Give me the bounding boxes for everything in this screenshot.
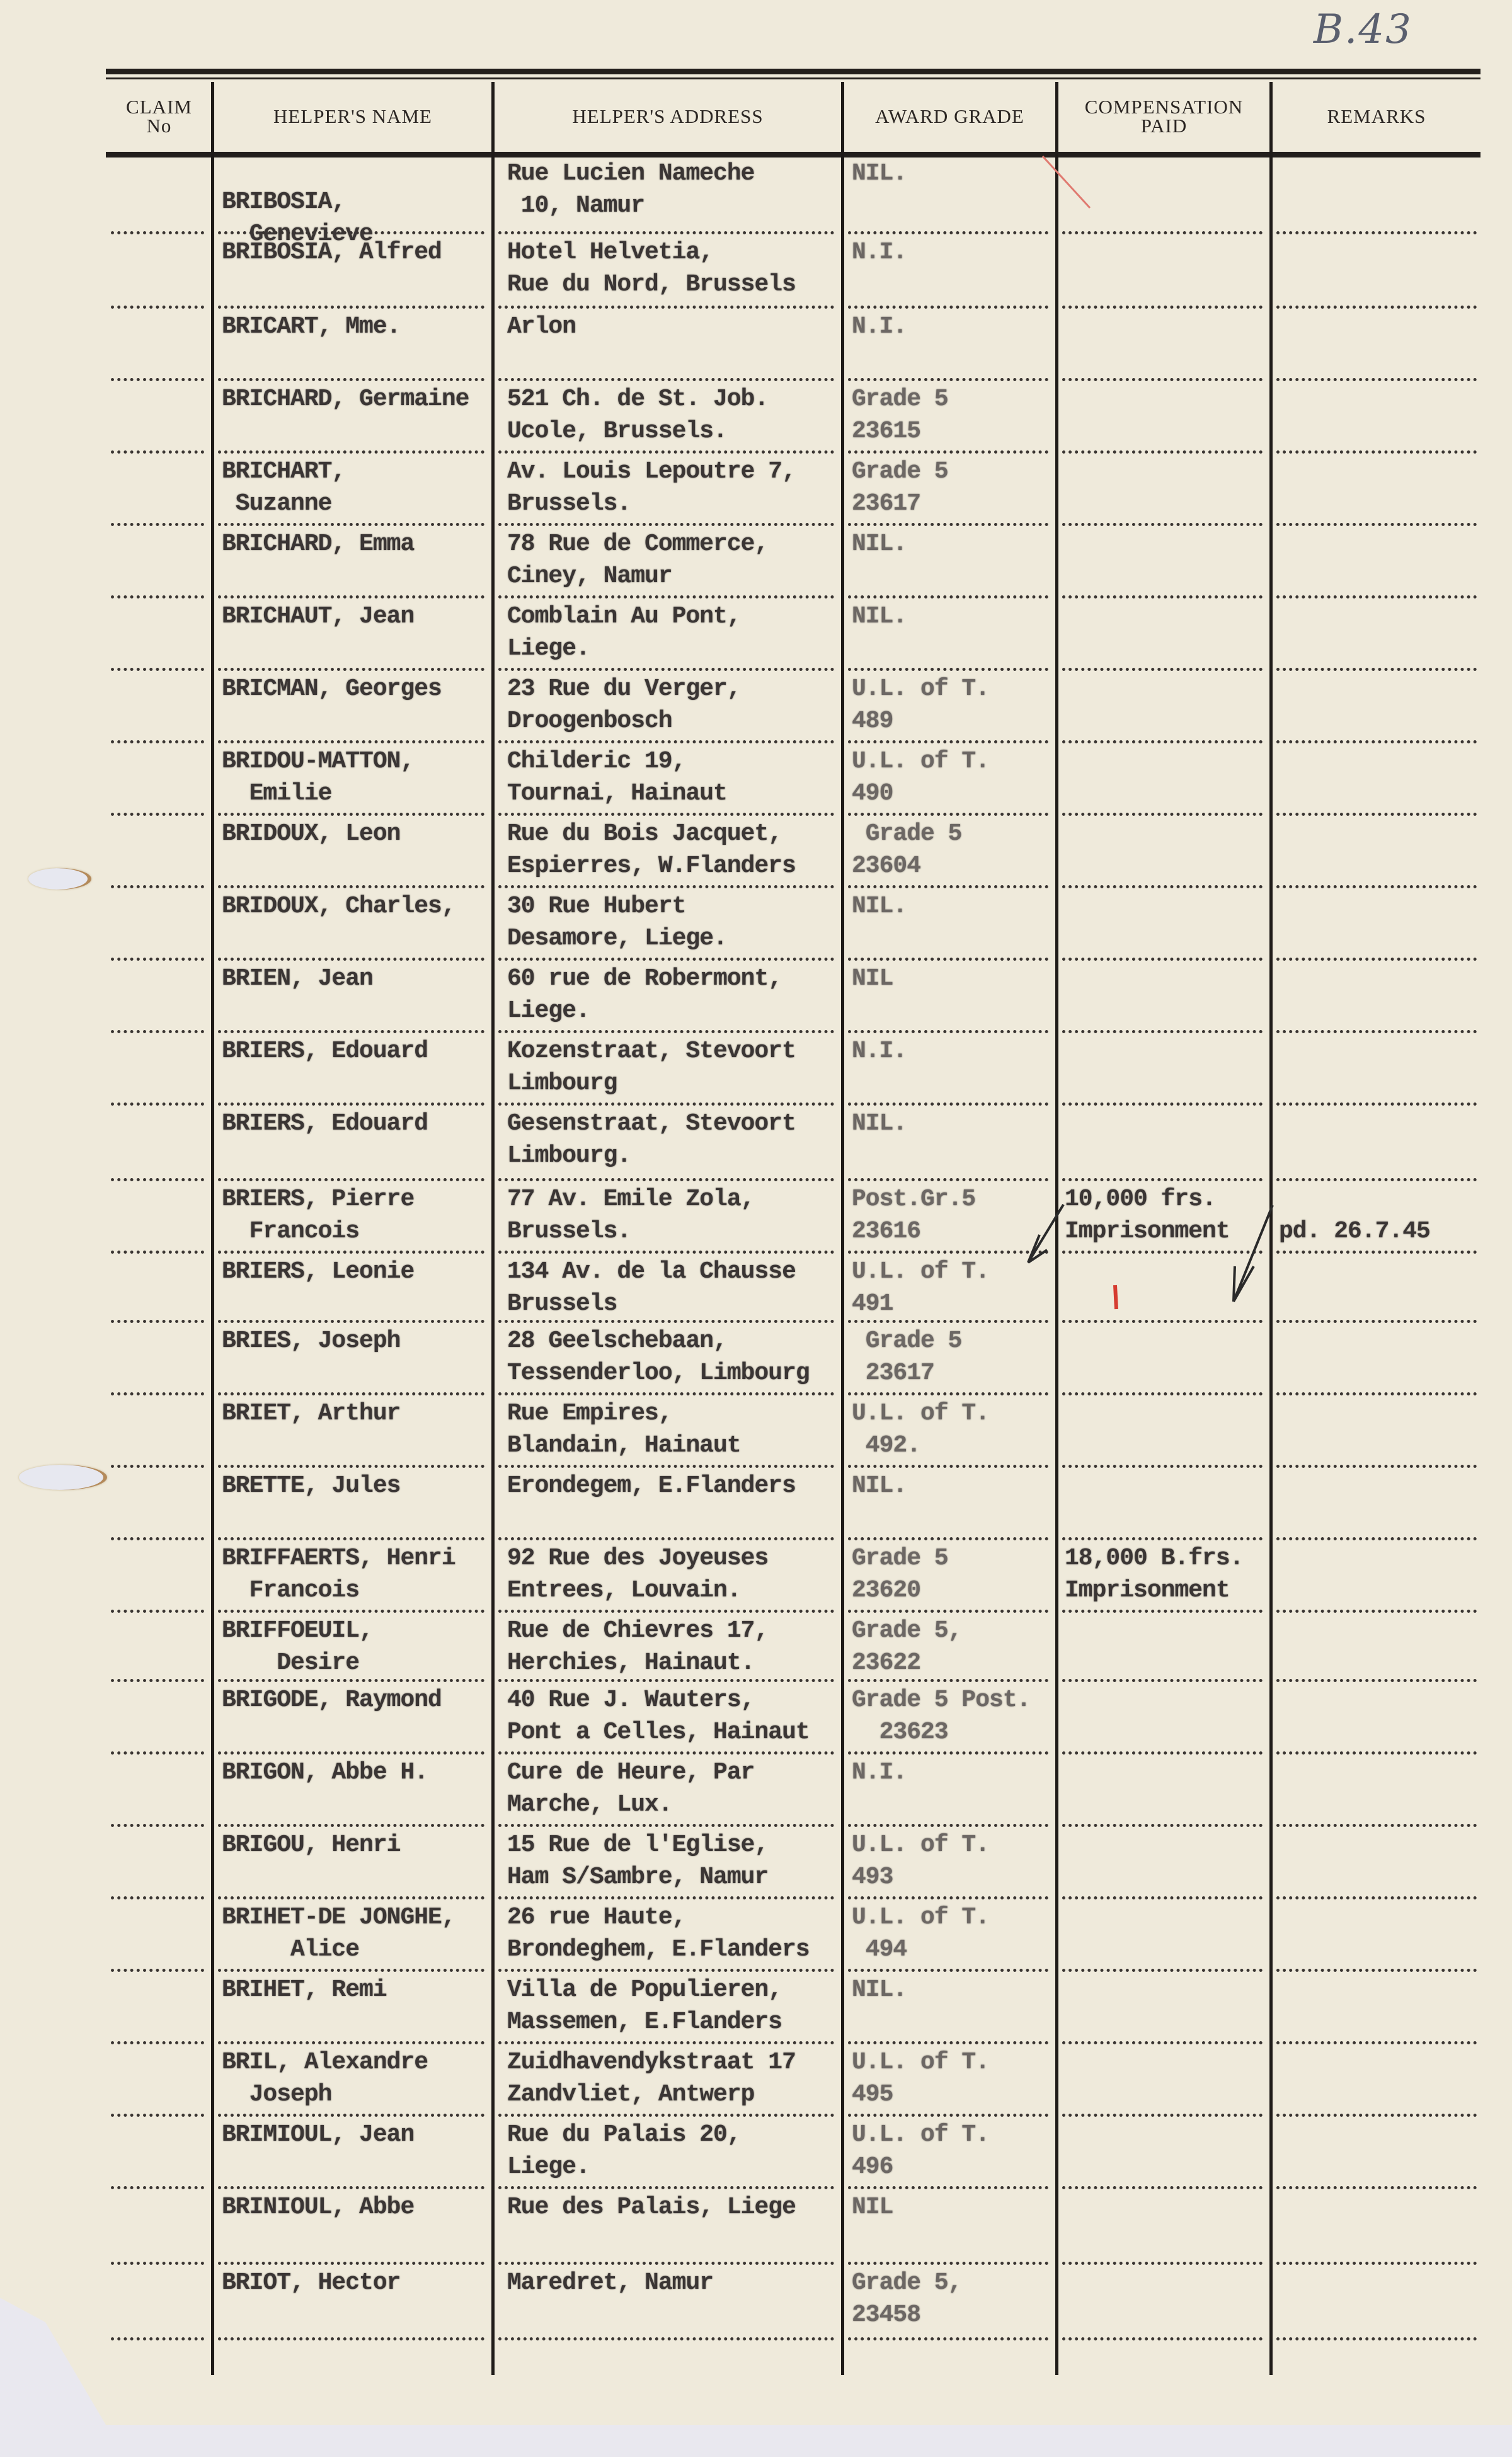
red-pencil-stroke-icon xyxy=(1043,156,1116,1309)
checkmark-arrow-icon xyxy=(1028,1205,1273,1302)
pen-annotations xyxy=(0,0,1512,2457)
